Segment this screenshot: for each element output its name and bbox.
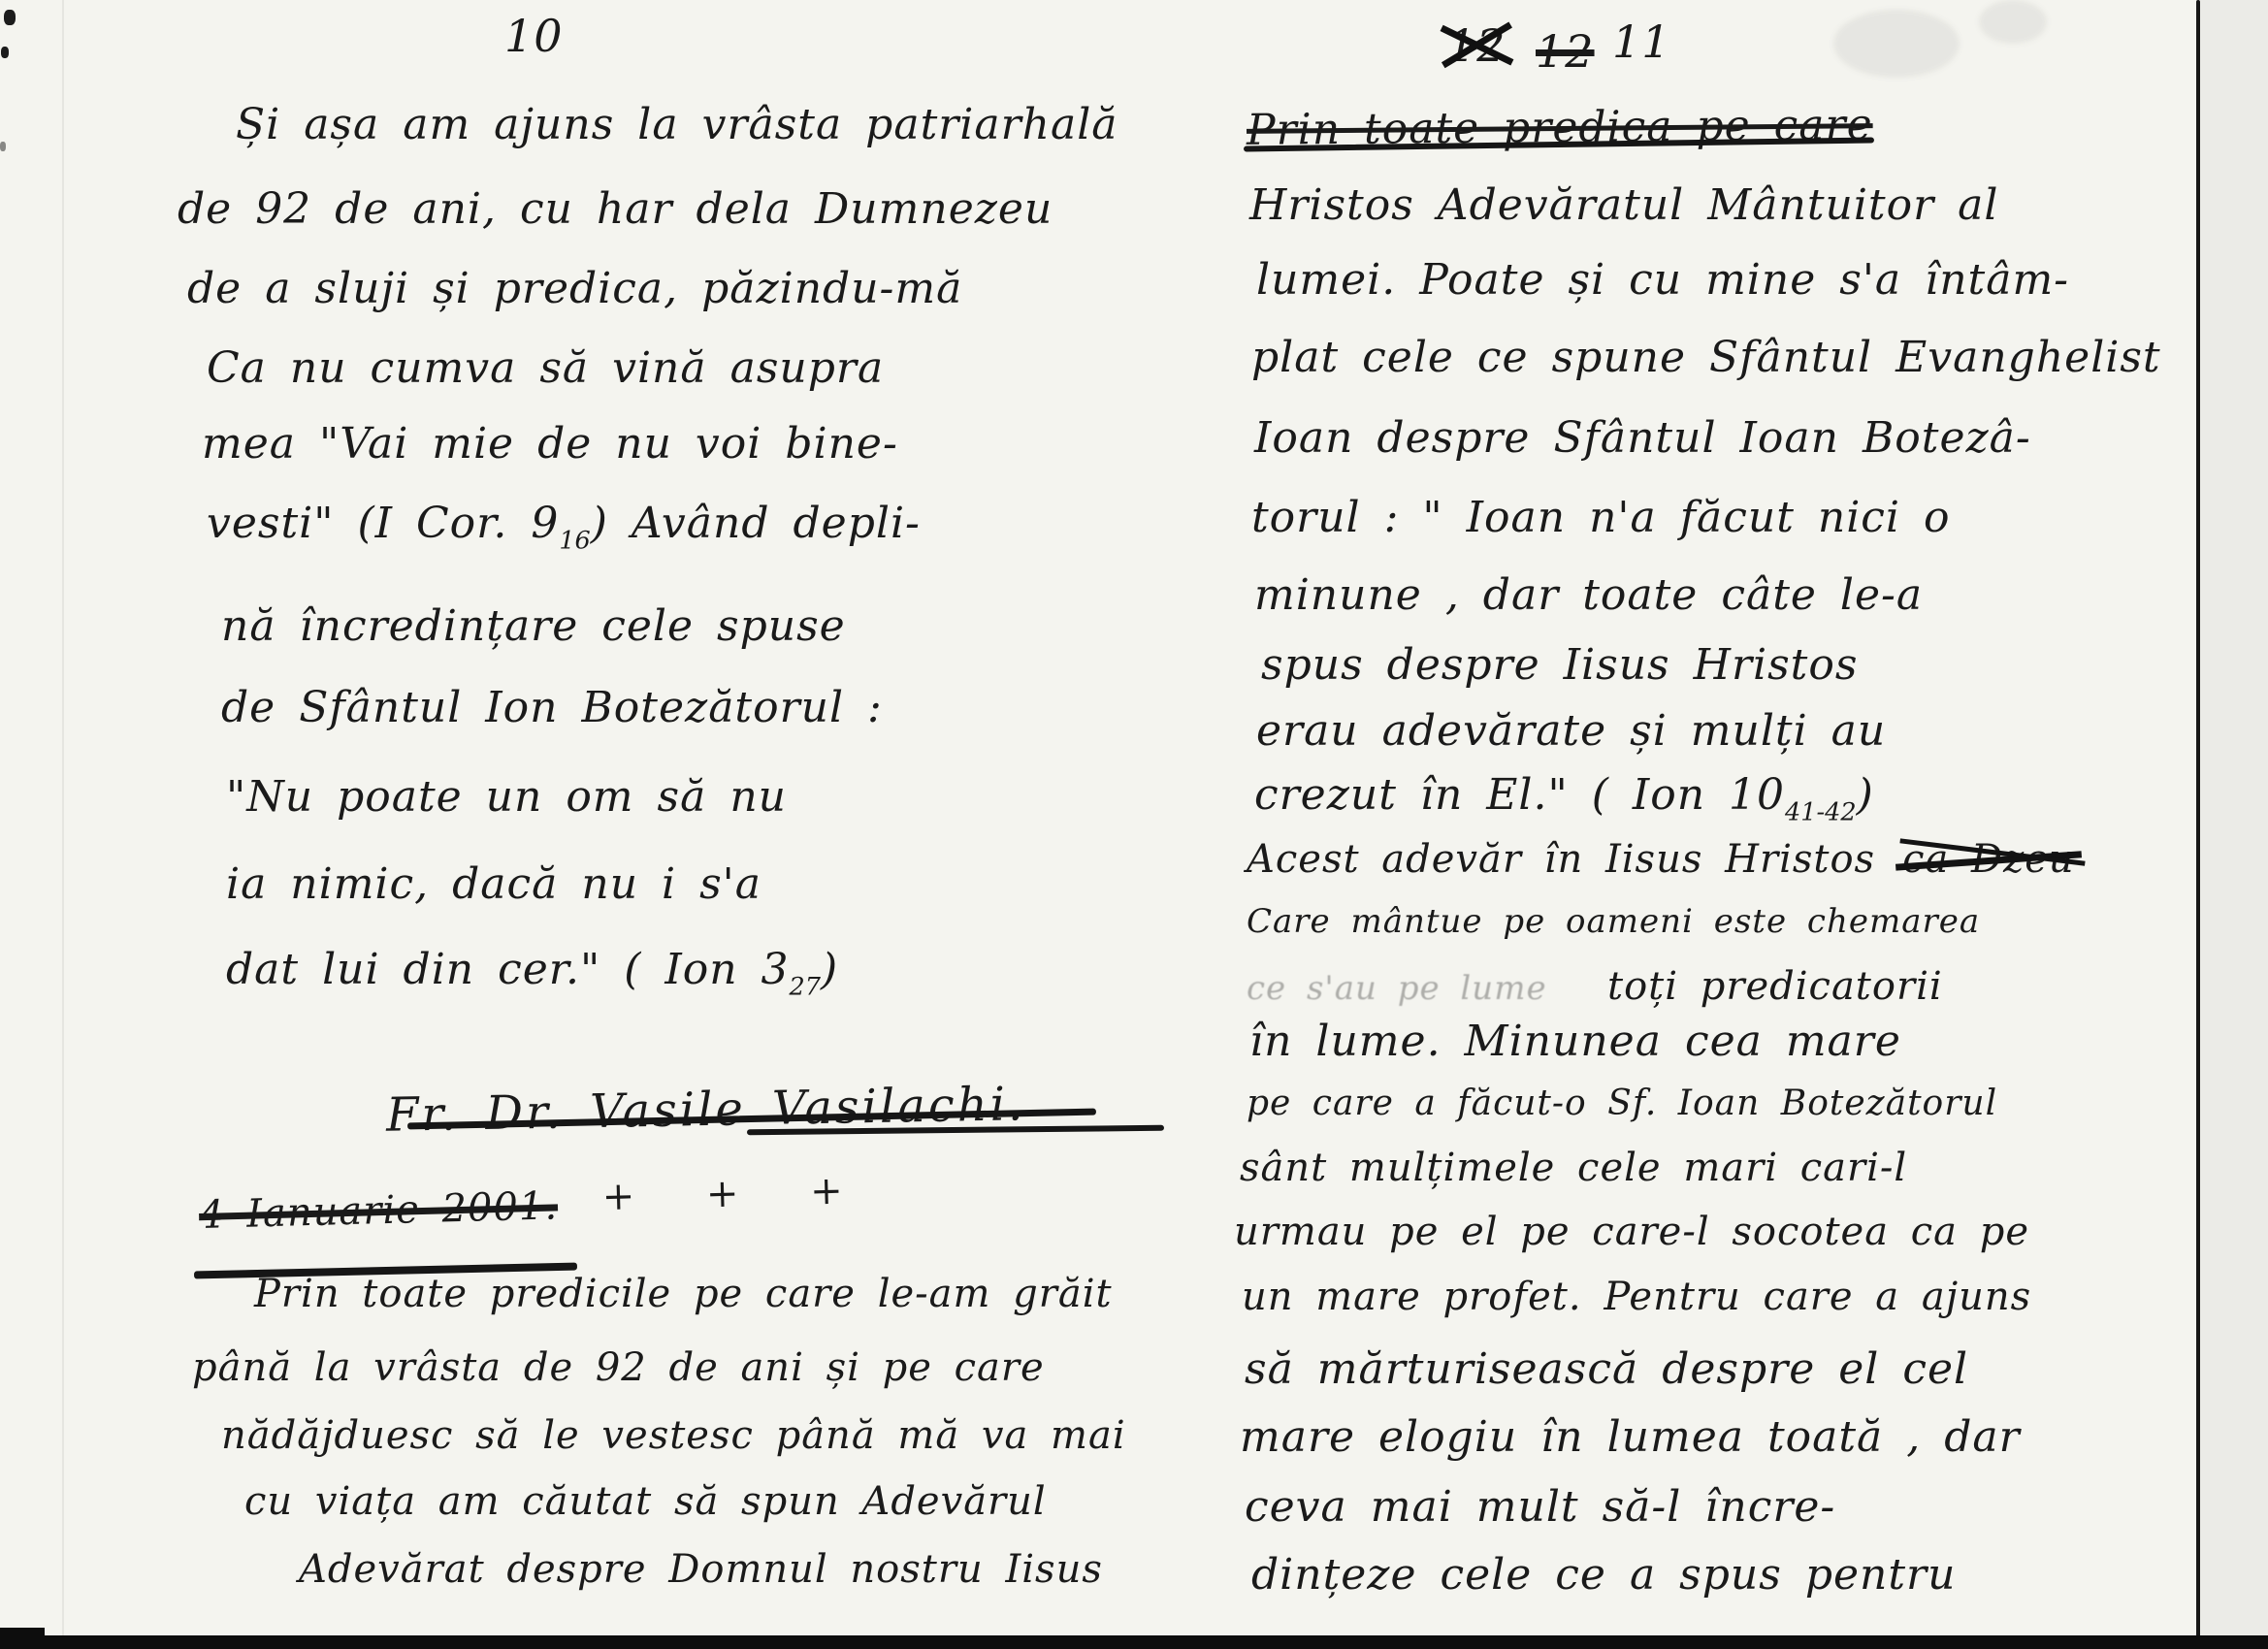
manuscript-line: de 92 de ani, cu har dela Dumnezeu bbox=[178, 186, 1053, 233]
manuscript-line: Care mântue pe oameni este chemarea bbox=[1247, 904, 1980, 940]
manuscript-line: un mare profet. Pentru care a ajuns bbox=[1242, 1276, 2031, 1318]
scan-edge-band bbox=[0, 1628, 45, 1649]
line-text: dat lui din cer." ( Ion 3 bbox=[226, 945, 790, 994]
manuscript-line: în lume. Minunea cea mare bbox=[1249, 1018, 1901, 1065]
manuscript-line-with-verse: vesti" (I Cor. 916) Având depli- bbox=[207, 501, 921, 555]
manuscript-line: Și așa am ajuns la vrâsta patriarhală bbox=[236, 102, 1118, 148]
manuscript-line: nă încredințare cele spuse bbox=[221, 603, 846, 650]
manuscript-line: ceva mai mult să-l încre- bbox=[1245, 1484, 1835, 1531]
date-line-struck: 4 Ianuarie 2001.+ + + bbox=[199, 1177, 869, 1237]
manuscript-line: Ioan despre Sfântul Ioan Botezâ- bbox=[1254, 415, 2031, 462]
line-text: Acest adevăr în Iisus Hristos bbox=[1247, 837, 1875, 882]
manuscript-line: ce s'au pe lume toți predicatorii bbox=[1247, 965, 1943, 1008]
manuscript-line: până la vrâsta de 92 de ani și pe care bbox=[192, 1346, 1045, 1389]
scan-speck bbox=[1, 47, 9, 58]
manuscript-line: lumei. Poate și cu mine s'a întâm- bbox=[1256, 257, 2069, 304]
manuscript-line: "Nu poate un om să nu bbox=[226, 774, 787, 821]
page-number-right: 11 bbox=[1612, 17, 1671, 67]
page-fold-line bbox=[62, 0, 64, 1649]
manuscript-line: mea "Vai mie de nu voi bine- bbox=[202, 421, 898, 468]
manuscript-line-with-verse: crezut în El." ( Ion 1041-42) bbox=[1254, 772, 1874, 826]
date-text: 4 Ianuarie 2001. bbox=[199, 1183, 559, 1238]
line-text: ) Având depli- bbox=[591, 499, 921, 548]
struck-page-number: 12 bbox=[1536, 27, 1595, 77]
manuscript-line: de Sfântul Ion Botezătorul : bbox=[221, 685, 883, 731]
manuscript-line: erau adevărate și mulți au bbox=[1256, 708, 1886, 755]
manuscript-line-with-verse: dat lui din cer." ( Ion 327) bbox=[226, 947, 838, 1001]
line-text: vesti" (I Cor. 9 bbox=[207, 499, 559, 548]
manuscript-line: minune , dar toate câte le-a bbox=[1254, 572, 1923, 619]
manuscript-line: Adevărat despre Domnul nostru Iisus bbox=[299, 1548, 1103, 1591]
scan-edge-band bbox=[0, 1635, 2268, 1649]
manuscript-line: pe care a făcut-o Sf. Ioan Botezătorul bbox=[1247, 1084, 1997, 1123]
manuscript-line: Acest adevăr în Iisus Hristosca Dzeu bbox=[1247, 838, 2075, 881]
manuscript-line: Ca nu cumva să vină asupra bbox=[207, 345, 884, 392]
manuscript-line: mare elogiu în lumea toată , dar bbox=[1240, 1414, 2021, 1461]
scan-edge-strip bbox=[2200, 0, 2268, 1639]
line-text: ) bbox=[1857, 770, 1874, 820]
verse-number: 41-42 bbox=[1785, 797, 1857, 826]
manuscript-scan: 10 Și așa am ajuns la vrâsta patriarhală… bbox=[0, 0, 2268, 1649]
scribbled-out-word: ca Dzeu bbox=[1902, 838, 2075, 881]
scan-smudge bbox=[1833, 10, 1960, 78]
manuscript-line: dințeze cele ce a spus pentru bbox=[1251, 1552, 1956, 1599]
manuscript-line: Prin toate predicile pe care le-am grăit bbox=[254, 1273, 1113, 1315]
manuscript-line: Hristos Adevăratul Mântuitor al bbox=[1249, 182, 1998, 229]
manuscript-line: de a sluji și predica, păzindu-mă bbox=[187, 266, 962, 312]
page-number-left: 10 bbox=[504, 12, 564, 61]
verse-number: 27 bbox=[790, 972, 821, 1001]
manuscript-line: ia nimic, dacă nu i s'a bbox=[226, 861, 761, 908]
scan-speck bbox=[4, 10, 16, 25]
manuscript-line: sânt mulțimele cele mari cari-l bbox=[1240, 1147, 1907, 1189]
line-text: toți predicatorii bbox=[1607, 964, 1943, 1009]
line-text: crezut în El." ( Ion 10 bbox=[1254, 770, 1785, 820]
scribbled-page-number: 12 bbox=[1447, 21, 1507, 71]
manuscript-line: urmau pe el pe care-l socotea ca pe bbox=[1234, 1211, 2029, 1253]
manuscript-line: spus despre Iisus Hristos bbox=[1261, 642, 1858, 689]
manuscript-line: plat cele ce spune Sfântul Evanghelist bbox=[1251, 335, 2161, 381]
scribbled-number-text: 12 bbox=[1447, 21, 1507, 71]
hand-crosses: + + + bbox=[601, 1169, 868, 1218]
verse-number: 16 bbox=[559, 526, 590, 555]
manuscript-line: nădăjduesc să le vestesc până mă va mai bbox=[221, 1414, 1126, 1457]
scan-smudge bbox=[1979, 0, 2047, 44]
faint-erased-text: ce s'au pe lume bbox=[1247, 969, 1547, 1008]
line-text: ) bbox=[821, 945, 838, 994]
manuscript-line: cu viața am căutat să spun Adevărul bbox=[244, 1480, 1047, 1523]
scan-speck bbox=[0, 142, 6, 151]
manuscript-line: să mărturisească despre el cel bbox=[1245, 1346, 1968, 1393]
manuscript-line: torul : " Ioan n'a făcut nici o bbox=[1251, 495, 1950, 541]
